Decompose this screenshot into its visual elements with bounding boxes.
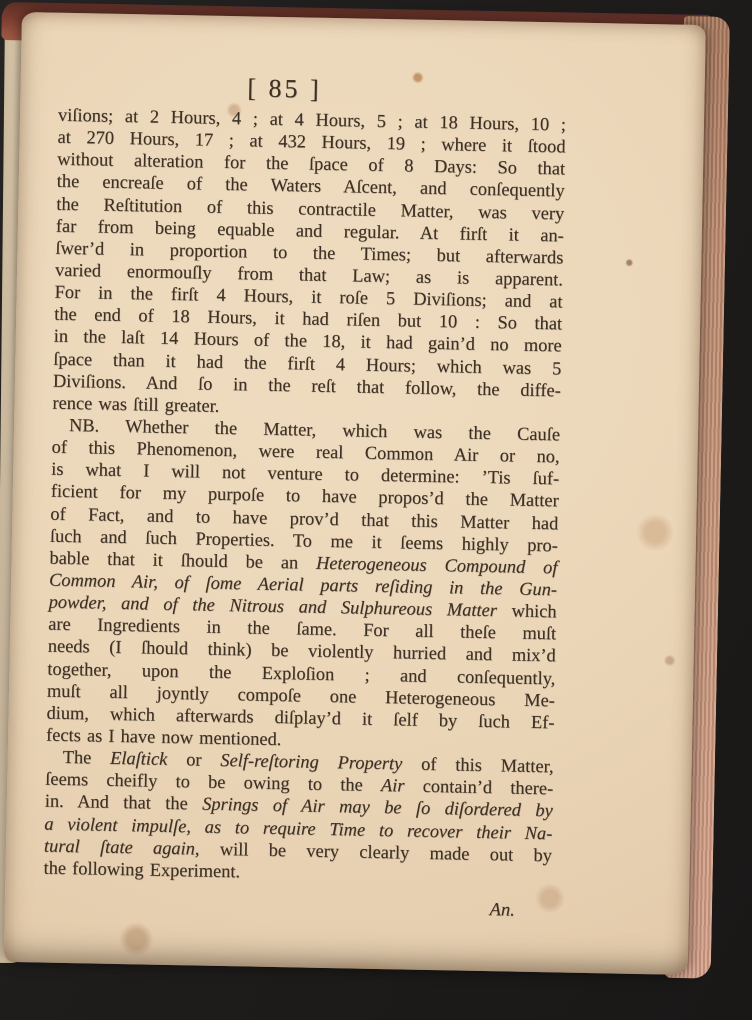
text-segment: rence was ſtill greater.	[52, 392, 219, 415]
text-lines: viſions; at 2 Hours, 4 ; at 4 Hours, 5 ;…	[43, 104, 566, 889]
body-text: [ 85 ] viſions; at 2 Hours, 4 ; at 4 Hou…	[43, 69, 567, 923]
italic-text-segment: Air	[381, 775, 405, 795]
text-segment: contain’d there-	[404, 776, 553, 799]
italic-text-segment: tural ſtate again,	[44, 835, 200, 858]
text-segment: in. And that the	[45, 791, 203, 814]
text-segment: which	[497, 600, 557, 621]
book-page: [ 85 ] viſions; at 2 Hours, 4 ; at 4 Hou…	[4, 12, 706, 975]
text-segment: the following Experiment.	[43, 857, 240, 881]
catchword: An.	[43, 891, 551, 922]
text-segment: of this Matter,	[402, 754, 554, 777]
text-segment: or	[167, 749, 220, 770]
italic-text-segment: Elaſtick	[110, 748, 168, 769]
italic-text-segment: Self-reſtoring Property	[220, 750, 402, 773]
scan-background: [ 85 ] viſions; at 2 Hours, 4 ; at 4 Hou…	[0, 0, 752, 1020]
text-segment: The	[63, 747, 111, 768]
